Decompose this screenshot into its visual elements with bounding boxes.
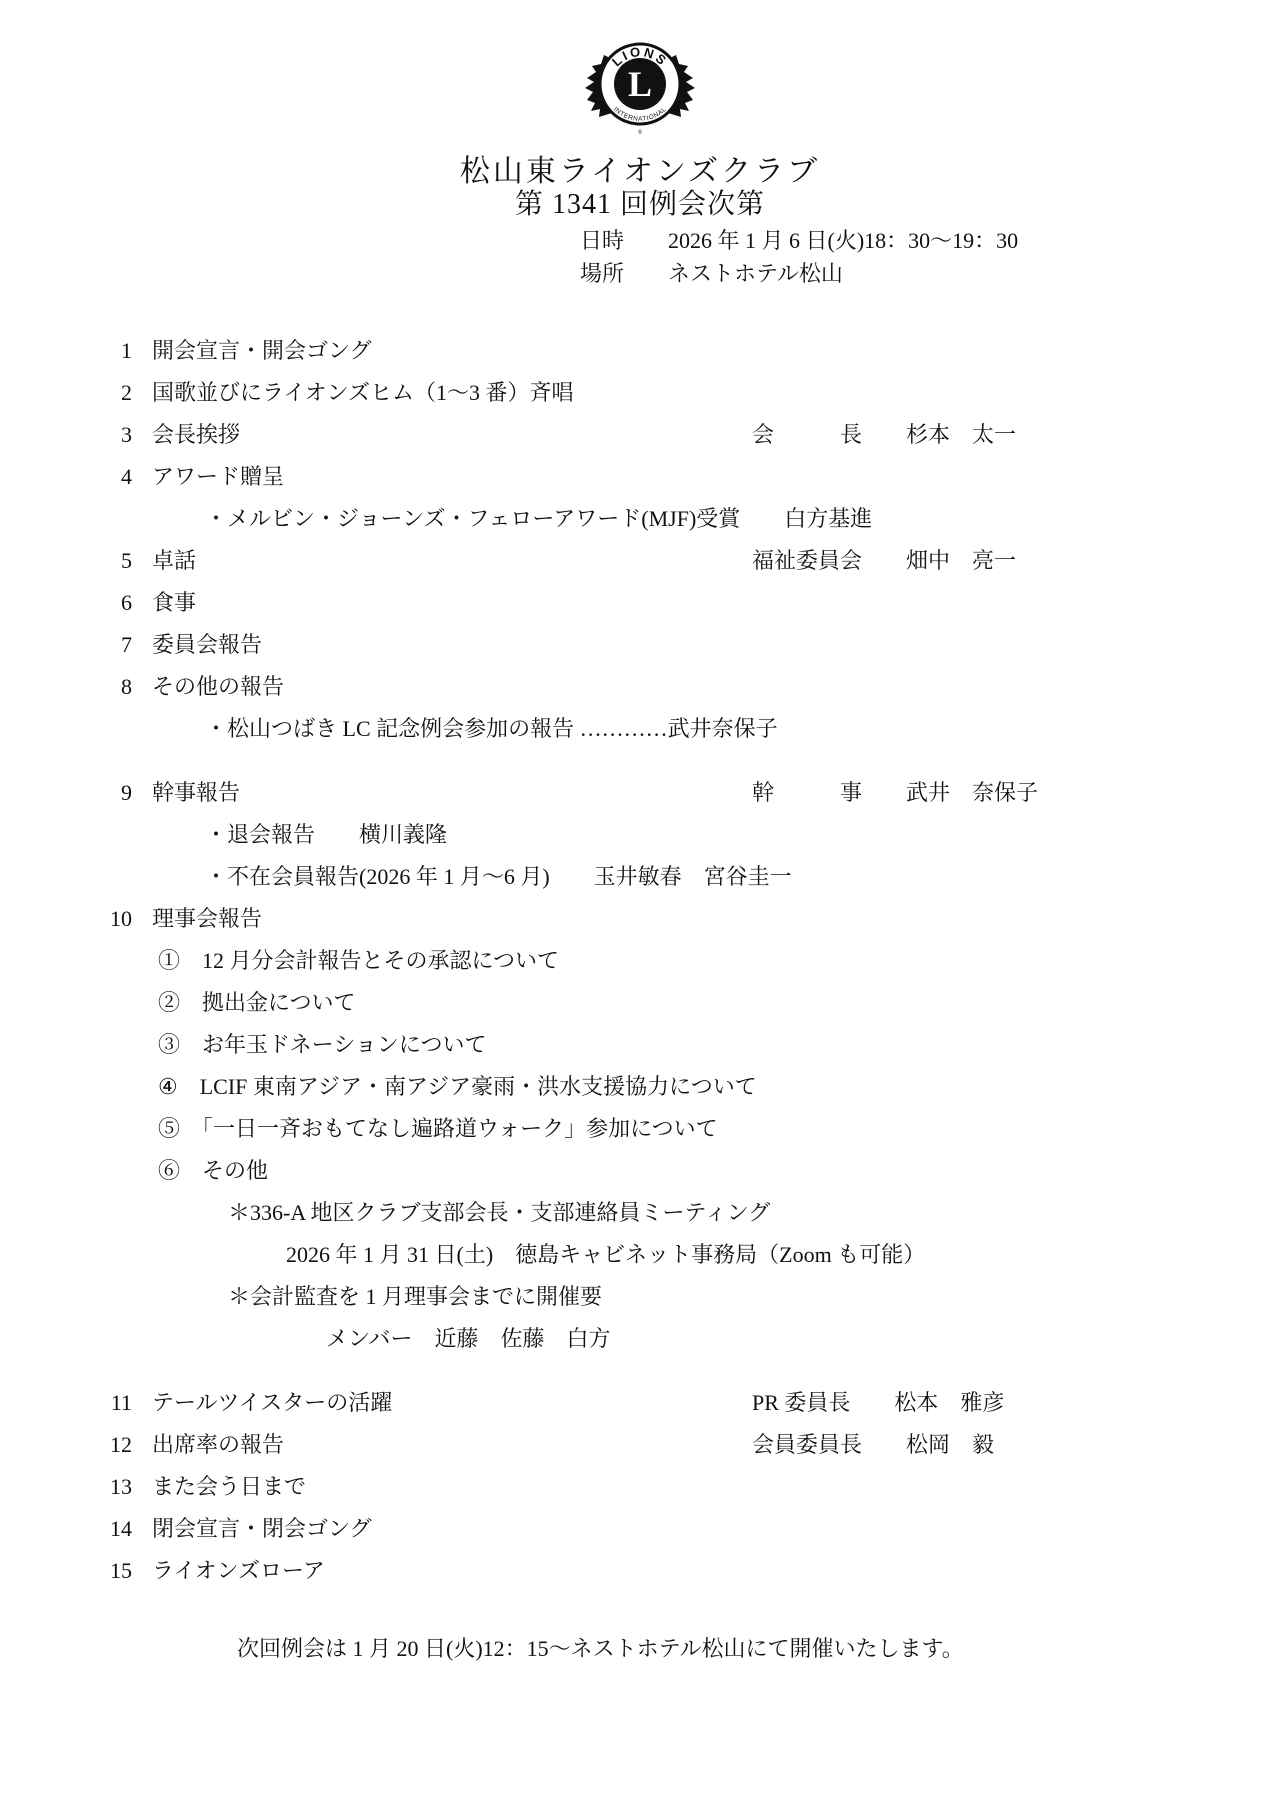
agenda-row-number: 8	[0, 666, 132, 708]
agenda-row-number: 13	[0, 1466, 132, 1508]
agenda-row: 12 出席率の報告 会員委員長 松岡 毅	[0, 1424, 1280, 1466]
agenda-row-text: ⑥ その他	[158, 1150, 268, 1192]
agenda-row-assignee: PR 委員長 松本 雅彦	[752, 1382, 1004, 1424]
agenda-row-text: ・退会報告 横川義隆	[205, 814, 447, 856]
agenda-row-assignee: 福祉委員会 畑中 亮一	[752, 540, 1016, 582]
logo-letter-l: L	[628, 64, 652, 104]
agenda-row-number: 9	[0, 772, 132, 814]
agenda-row-number: 3	[0, 414, 132, 456]
datetime-row: 日時 2026 年 1 月 6 日(火)18：30～19：30	[580, 224, 1018, 257]
agenda-row-text: 理事会報告	[152, 898, 262, 940]
agenda-row-text: メンバー 近藤 佐藤 白方	[326, 1318, 610, 1360]
agenda-subrow: ④ LCIF 東南アジア・南アジア豪雨・洪水支援協力について	[0, 1066, 1280, 1108]
place-value: ネストホテル松山	[668, 257, 843, 290]
agenda-row-number: 11	[0, 1382, 132, 1424]
agenda-subrow: ・不在会員報告(2026 年 1 月～6 月) 玉井敏春 宮谷圭一	[0, 856, 1280, 898]
lions-club-logo: LIONS INTERNATIONAL L ®	[580, 26, 700, 148]
agenda-subrow: ③ お年玉ドネーションについて	[0, 1024, 1280, 1066]
agenda-row-text: ④ LCIF 東南アジア・南アジア豪雨・洪水支援協力について	[158, 1066, 757, 1108]
agenda-row-number: 5	[0, 540, 132, 582]
agenda-row-number: 12	[0, 1424, 132, 1466]
agenda-row: 8 その他の報告	[0, 666, 1280, 708]
place-row: 場所 ネストホテル松山	[580, 257, 1018, 290]
agenda-row-text: アワード贈呈	[152, 456, 284, 498]
agenda-row-text: ⑤ 「一日一斉おもてなし遍路道ウォーク」参加について	[158, 1108, 718, 1150]
agenda-row-text: ＊会計監査を 1 月理事会までに開催要	[228, 1276, 602, 1318]
agenda-row: 13 また会う日まで	[0, 1466, 1280, 1508]
agenda-note-row: 2026 年 1 月 31 日(土) 徳島キャビネット事務局（Zoom も可能）	[0, 1234, 1280, 1276]
agenda-subrow: ・メルビン・ジョーンズ・フェローアワード(MJF)受賞 白方基進	[0, 498, 1280, 540]
agenda-row: 14 閉会宣言・閉会ゴング	[0, 1508, 1280, 1550]
agenda-row-text: 国歌並びにライオンズヒム（1～3 番）斉唱	[152, 372, 574, 414]
agenda-row-text: 出席率の報告	[152, 1424, 284, 1466]
agenda-row: 2 国歌並びにライオンズヒム（1～3 番）斉唱	[0, 372, 1280, 414]
registered-mark: ®	[638, 129, 643, 136]
place-label: 場所	[580, 257, 640, 290]
agenda-subrow: ⑤ 「一日一斉おもてなし遍路道ウォーク」参加について	[0, 1108, 1280, 1150]
agenda-row-text: テールツイスターの活躍	[152, 1382, 392, 1424]
next-meeting-note: 次回例会は 1 月 20 日(火)12：15～ネストホテル松山にて開催いたします…	[237, 1628, 964, 1670]
agenda-row-text: ・松山つばき LC 記念例会参加の報告 …………武井奈保子	[205, 708, 778, 750]
agenda-row-number: 15	[0, 1550, 132, 1592]
agenda-row-text: ・メルビン・ジョーンズ・フェローアワード(MJF)受賞 白方基進	[205, 498, 872, 540]
agenda-subrow: ① 12 月分会計報告とその承認について	[0, 940, 1280, 982]
agenda-row-text: 開会宣言・開会ゴング	[152, 330, 372, 372]
agenda-row-number: 1	[0, 330, 132, 372]
agenda-row-assignee: 会員委員長 松岡 毅	[752, 1424, 994, 1466]
agenda-row-number: 2	[0, 372, 132, 414]
agenda-note-row: ＊会計監査を 1 月理事会までに開催要	[0, 1276, 1280, 1318]
datetime-label: 日時	[580, 224, 640, 257]
date-place-block: 日時 2026 年 1 月 6 日(火)18：30～19：30 場所 ネストホテ…	[580, 224, 1018, 290]
agenda-row-number: 7	[0, 624, 132, 666]
agenda-row: 5 卓話 福祉委員会 畑中 亮一	[0, 540, 1280, 582]
agenda-row-number: 14	[0, 1508, 132, 1550]
agenda-row: 4 アワード贈呈	[0, 456, 1280, 498]
agenda-row-text: ライオンズローア	[152, 1550, 325, 1592]
agenda-row: 6 食事	[0, 582, 1280, 624]
agenda-row: 10 理事会報告	[0, 898, 1280, 940]
agenda-row-number: 4	[0, 456, 132, 498]
agenda-subrow: ・松山つばき LC 記念例会参加の報告 …………武井奈保子	[0, 708, 1280, 750]
agenda-row-text: 2026 年 1 月 31 日(土) 徳島キャビネット事務局（Zoom も可能）	[286, 1234, 925, 1276]
agenda-row-text: また会う日まで	[152, 1466, 306, 1508]
agenda-row-text: 幹事報告	[152, 772, 240, 814]
meeting-title: 第 1341 回例会次第	[0, 182, 1280, 222]
agenda-row-text: ＊336-A 地区クラブ支部会長・支部連絡員ミーティング	[228, 1192, 770, 1234]
agenda-row-text: ③ お年玉ドネーションについて	[158, 1024, 486, 1066]
agenda-row-number: 6	[0, 582, 132, 624]
agenda-row-assignee: 幹 事 武井 奈保子	[752, 772, 1038, 814]
agenda-note-row: ＊336-A 地区クラブ支部会長・支部連絡員ミーティング	[0, 1192, 1280, 1234]
agenda-row: 11 テールツイスターの活躍 PR 委員長 松本 雅彦	[0, 1382, 1280, 1424]
agenda-note-row: メンバー 近藤 佐藤 白方	[0, 1318, 1280, 1360]
agenda-row: 9 幹事報告 幹 事 武井 奈保子	[0, 772, 1280, 814]
agenda-row-assignee: 会 長 杉本 太一	[752, 414, 1016, 456]
agenda-subrow: ② 拠出金について	[0, 982, 1280, 1024]
agenda-list: 1 開会宣言・開会ゴング 2 国歌並びにライオンズヒム（1～3 番）斉唱 3 会…	[0, 330, 1280, 1592]
agenda-subrow: ⑥ その他	[0, 1150, 1280, 1192]
agenda-row-text: 食事	[152, 582, 196, 624]
datetime-value: 2026 年 1 月 6 日(火)18：30～19：30	[668, 224, 1018, 257]
agenda-row-text: その他の報告	[152, 666, 284, 708]
agenda-row-text: 卓話	[152, 540, 196, 582]
agenda-row-number: 10	[0, 898, 132, 940]
agenda-row-text: ・不在会員報告(2026 年 1 月～6 月) 玉井敏春 宮谷圭一	[205, 856, 792, 898]
agenda-subrow: ・退会報告 横川義隆	[0, 814, 1280, 856]
agenda-row: 7 委員会報告	[0, 624, 1280, 666]
agenda-row: 3 会長挨拶 会 長 杉本 太一	[0, 414, 1280, 456]
agenda-row-text: ① 12 月分会計報告とその承認について	[158, 940, 559, 982]
agenda-row: 15 ライオンズローア	[0, 1550, 1280, 1592]
agenda-row-text: 委員会報告	[152, 624, 262, 666]
agenda-row-text: ② 拠出金について	[158, 982, 356, 1024]
document-page: LIONS INTERNATIONAL L ® 松山東ライオンズクラブ 第 13…	[0, 0, 1280, 1810]
agenda-row-text: 会長挨拶	[152, 414, 240, 456]
agenda-row-text: 閉会宣言・閉会ゴング	[152, 1508, 372, 1550]
agenda-row: 1 開会宣言・開会ゴング	[0, 330, 1280, 372]
